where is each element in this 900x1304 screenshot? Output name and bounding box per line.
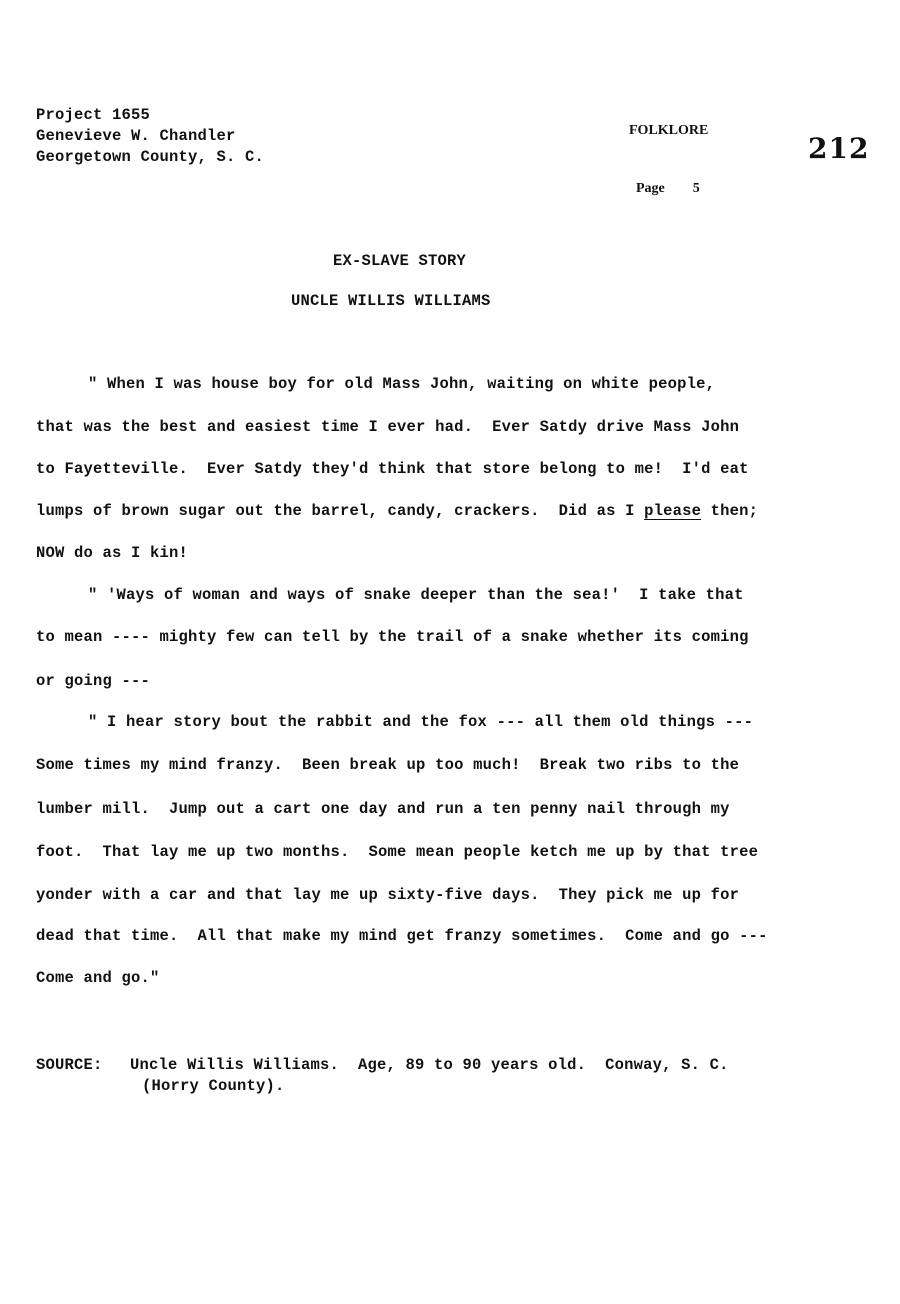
underlined-word: please <box>644 502 701 520</box>
text-segment: lumps of brown sugar out the barrel, can… <box>36 502 644 520</box>
document-subtitle: UNCLE WILLIS WILLIAMS <box>291 292 491 310</box>
archive-stamp-number: 212 <box>808 132 869 165</box>
category-label: FOLKLORE <box>629 123 708 139</box>
text-line: to Fayetteville. Ever Satdy they'd think… <box>36 460 749 478</box>
source-line: (Horry County). <box>142 1077 285 1095</box>
text-line: Some times my mind franzy. Been break up… <box>36 756 739 774</box>
document-title: EX-SLAVE STORY <box>333 252 466 270</box>
source-line: Uncle Willis Williams. Age, 89 to 90 yea… <box>130 1056 729 1074</box>
project-number: Project 1655 <box>36 106 150 124</box>
text-line: dead that time. All that make my mind ge… <box>36 927 768 945</box>
text-line: " When I was house boy for old Mass John… <box>88 375 715 393</box>
text-line: or going --- <box>36 672 150 690</box>
text-line: " I hear story bout the rabbit and the f… <box>88 713 753 731</box>
page-label-text: Page <box>636 181 665 196</box>
text-line: foot. That lay me up two months. Some me… <box>36 843 758 861</box>
text-line: NOW do as I kin! <box>36 544 188 562</box>
page-label: Page5 <box>629 165 700 197</box>
text-line: lumps of brown sugar out the barrel, can… <box>36 502 758 520</box>
text-line: " 'Ways of woman and ways of snake deepe… <box>88 586 744 604</box>
county-location: Georgetown County, S. C. <box>36 148 264 166</box>
author-name: Genevieve W. Chandler <box>36 127 236 145</box>
text-line: Come and go." <box>36 969 160 987</box>
page-number: 5 <box>693 181 700 196</box>
text-line: that was the best and easiest time I eve… <box>36 418 739 436</box>
text-segment: then; <box>701 502 758 520</box>
text-line: yonder with a car and that lay me up six… <box>36 886 739 904</box>
text-line: lumber mill. Jump out a cart one day and… <box>36 800 730 818</box>
source-label: SOURCE: <box>36 1056 103 1074</box>
text-line: to mean ---- mighty few can tell by the … <box>36 628 749 646</box>
